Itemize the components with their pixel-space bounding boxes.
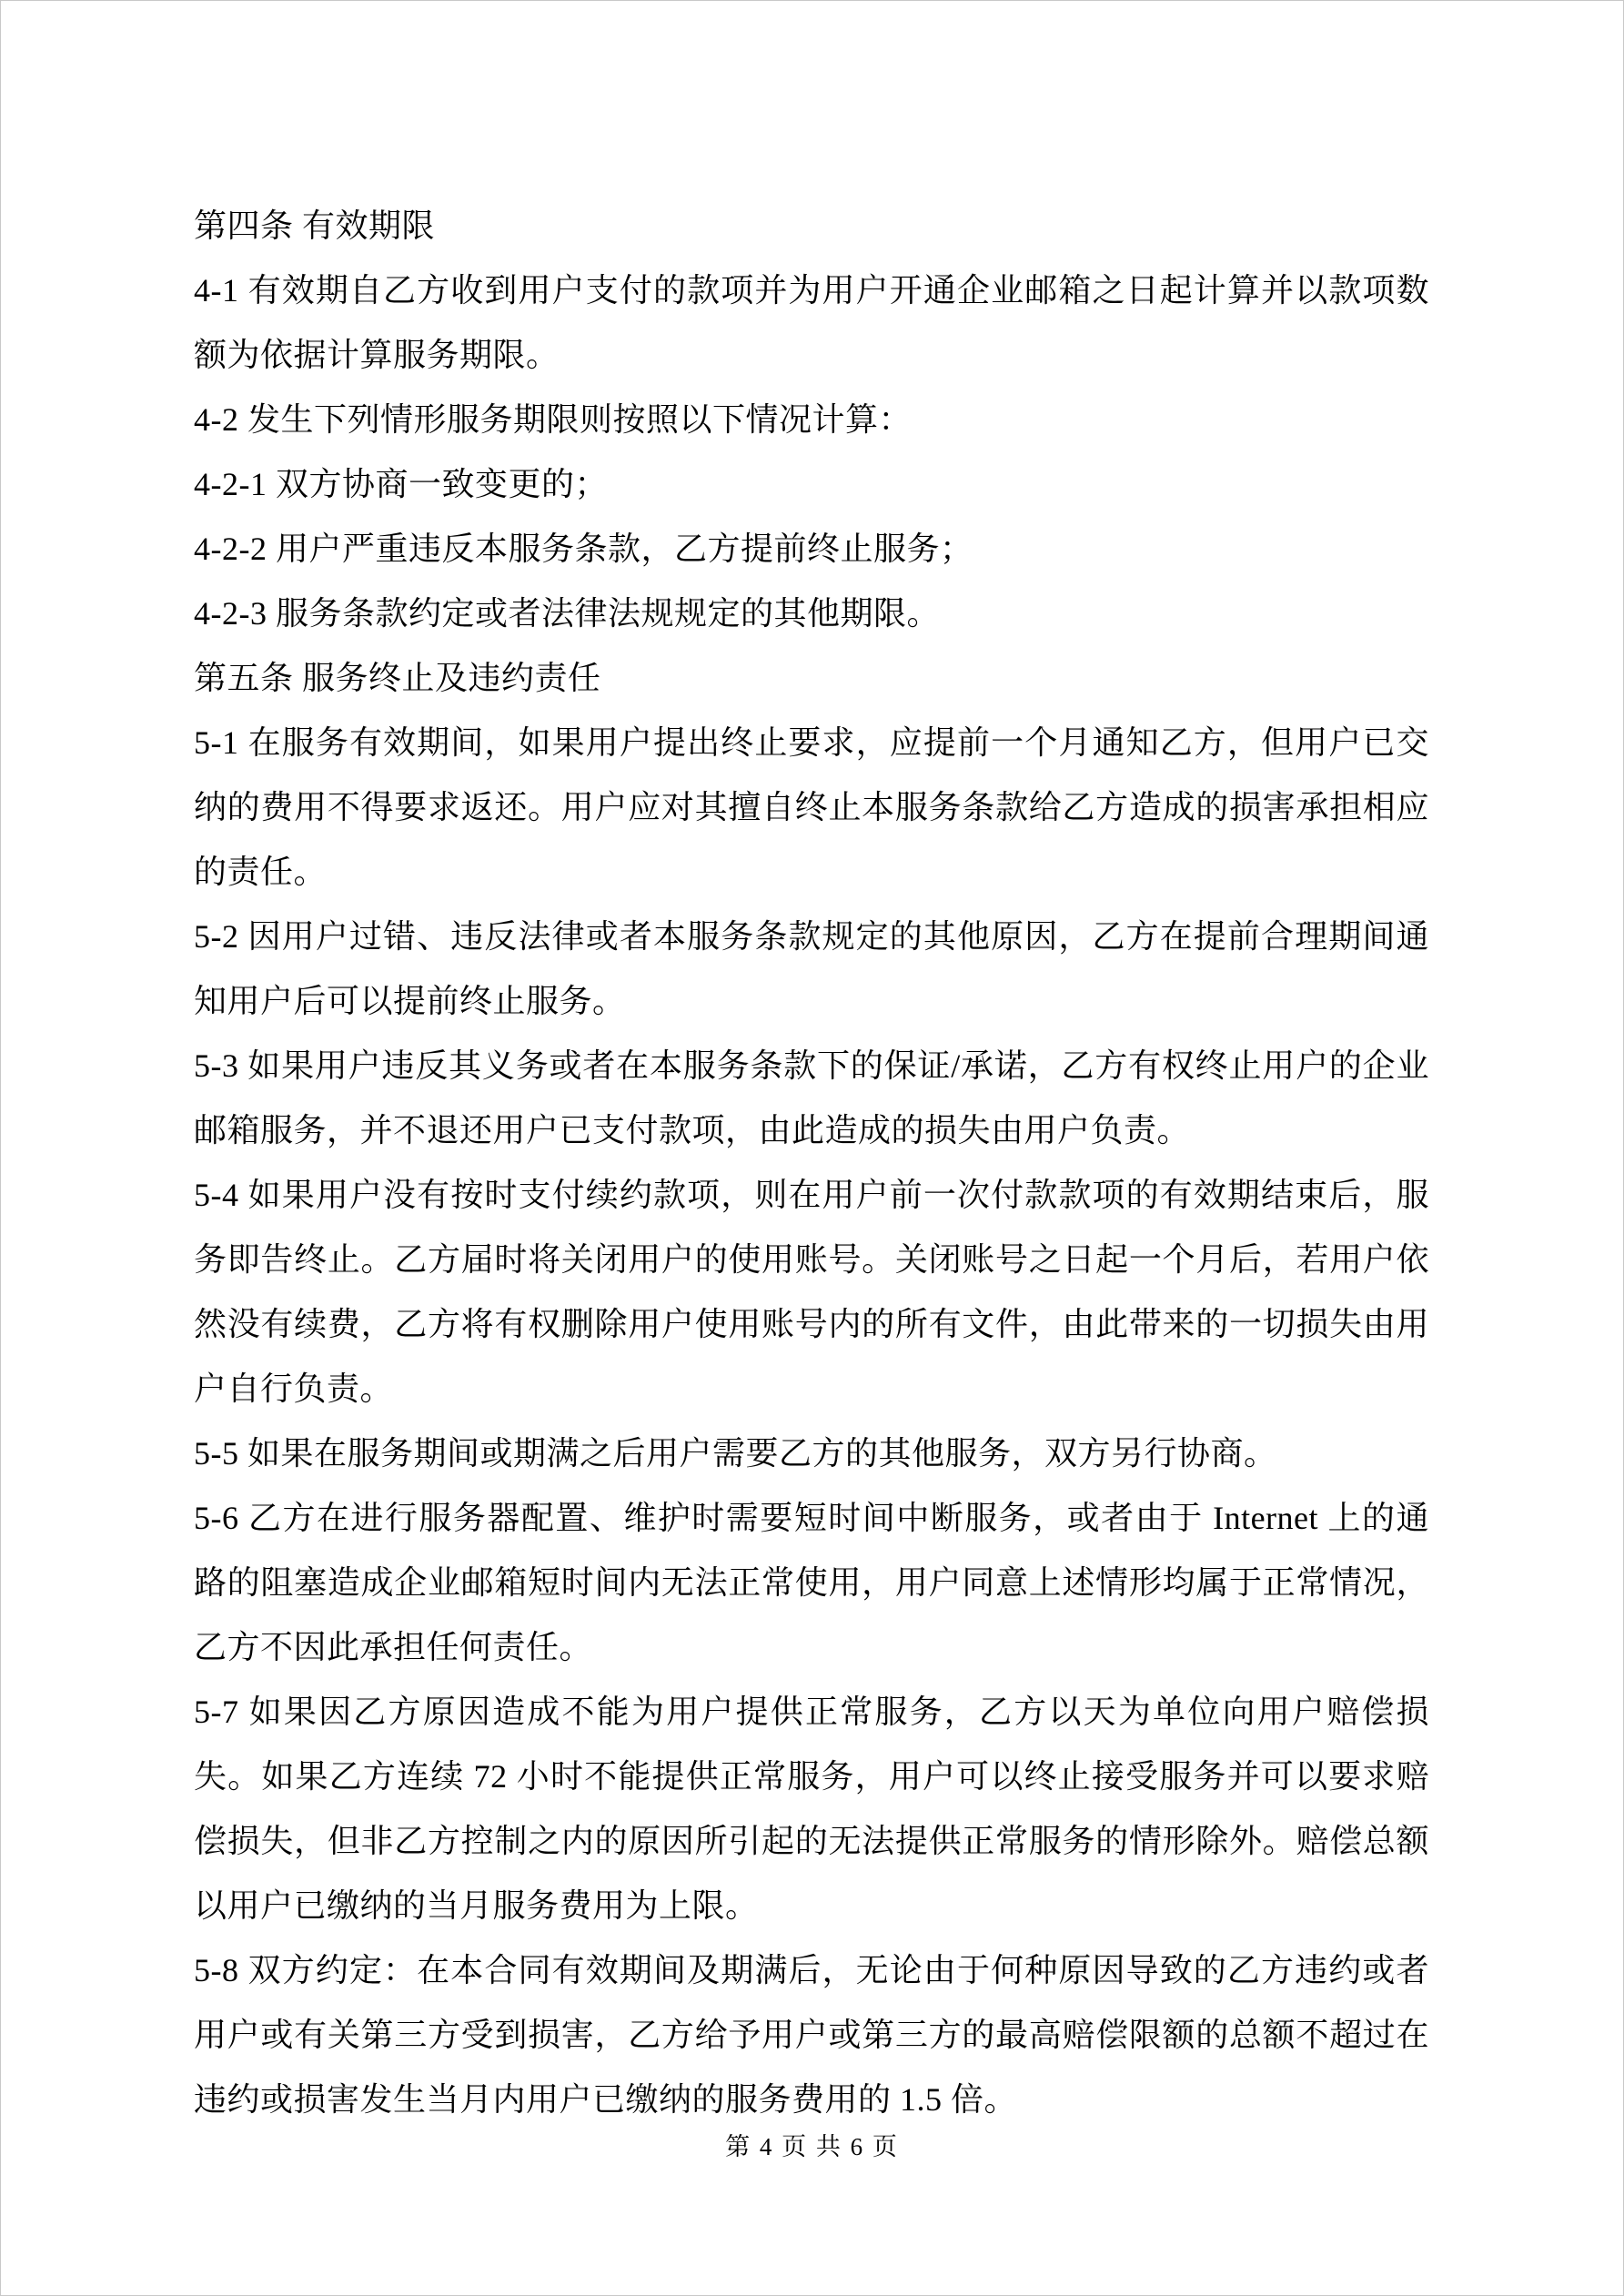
clause-5-5: 5-5 如果在服务期间或期满之后用户需要乙方的其他服务，双方另行协商。 — [194, 1421, 1429, 1486]
clause-5-8: 5-8 双方约定：在本合同有效期间及期满后，无论由于何种原因导致的乙方违约或者用… — [194, 1938, 1429, 2132]
article-4-title: 第四条 有效期限 — [194, 194, 1429, 258]
clause-4-2-3: 4-2-3 服务条款约定或者法律法规规定的其他期限。 — [194, 582, 1429, 646]
page-footer: 第 4 页 共 6 页 — [1, 2127, 1623, 2162]
clause-4-2: 4-2 发生下列情形服务期限则按照以下情况计算： — [194, 388, 1429, 452]
clause-5-1: 5-1 在服务有效期间，如果用户提出终止要求，应提前一个月通知乙方，但用户已交纳… — [194, 711, 1429, 905]
contract-document-page: 第四条 有效期限 4-1 有效期自乙方收到用户支付的款项并为用户开通企业邮箱之日… — [0, 0, 1624, 2296]
document-body: 第四条 有效期限 4-1 有效期自乙方收到用户支付的款项并为用户开通企业邮箱之日… — [194, 194, 1429, 2132]
clause-4-2-1: 4-2-1 双方协商一致变更的； — [194, 452, 1429, 517]
clause-5-7: 5-7 如果因乙方原因造成不能为用户提供正常服务，乙方以天为单位向用户赔偿损失。… — [194, 1680, 1429, 1938]
clause-5-2: 5-2 因用户过错、违反法律或者本服务条款规定的其他原因，乙方在提前合理期间通知… — [194, 905, 1429, 1034]
clause-5-4: 5-4 如果用户没有按时支付续约款项，则在用户前一次付款款项的有效期结束后，服务… — [194, 1163, 1429, 1421]
article-5-title: 第五条 服务终止及违约责任 — [194, 646, 1429, 711]
clause-4-2-2: 4-2-2 用户严重违反本服务条款，乙方提前终止服务； — [194, 517, 1429, 582]
clause-5-3: 5-3 如果用户违反其义务或者在本服务条款下的保证/承诺，乙方有权终止用户的企业… — [194, 1034, 1429, 1163]
clause-4-1: 4-1 有效期自乙方收到用户支付的款项并为用户开通企业邮箱之日起计算并以款项数额… — [194, 258, 1429, 388]
clause-5-6: 5-6 乙方在进行服务器配置、维护时需要短时间中断服务，或者由于 Interne… — [194, 1486, 1429, 1680]
